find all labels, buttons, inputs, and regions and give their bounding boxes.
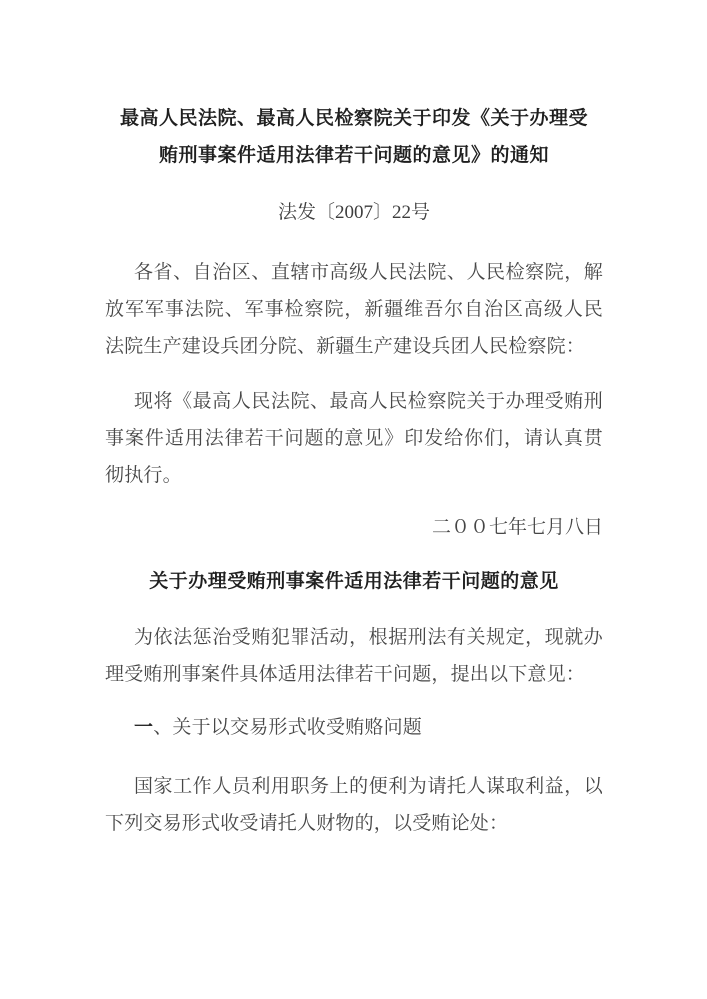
opinion-title: 关于办理受贿刑事案件适用法律若干问题的意见: [105, 563, 603, 600]
document-page: 最高人民法院、最高人民检察院关于印发《关于办理受贿刑事案件适用法律若干问题的意见…: [0, 0, 707, 999]
document-title: 最高人民法院、最高人民检察院关于印发《关于办理受贿刑事案件适用法律若干问题的意见…: [113, 100, 595, 174]
opinion-intro-paragraph: 为依法惩治受贿犯罪活动，根据刑法有关规定，现就办理受贿刑事案件具体适用法律若干问…: [105, 619, 603, 693]
issue-date: 二００七年七月八日: [105, 509, 603, 546]
salutation-paragraph: 各省、自治区、直辖市高级人民法院、人民检察院，解放军军事法院、军事检察院，新疆维…: [105, 254, 603, 365]
section-1-number: 一: [134, 717, 153, 738]
section-1-title: 、关于以交易形式收受贿赂问题: [153, 717, 422, 738]
document-number: 法发〔2007〕22号: [105, 194, 603, 231]
section-1-body-paragraph: 国家工作人员利用职务上的便利为请托人谋取利益，以下列交易形式收受请托人财物的，以…: [105, 768, 603, 842]
section-1-heading: 一、关于以交易形式收受贿赂问题: [105, 709, 603, 746]
notice-body-paragraph: 现将《最高人民法院、最高人民检察院关于办理受贿刑事案件适用法律若干问题的意见》印…: [105, 383, 603, 494]
